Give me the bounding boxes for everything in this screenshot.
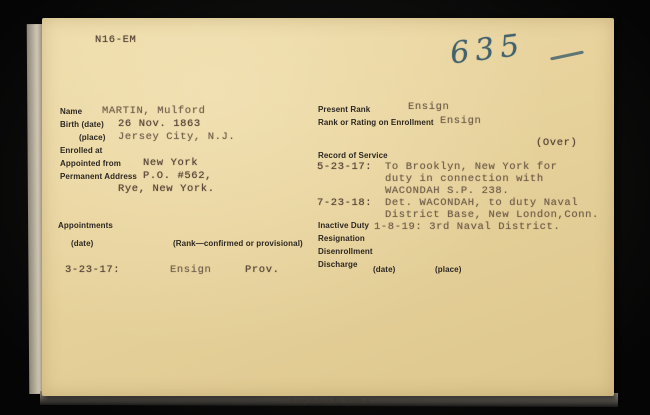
- rank-on-enrollment-label: Rank or Rating on Enrollment: [318, 118, 434, 127]
- service-entry-date: 7-23-18:: [317, 197, 372, 209]
- service-entry-date: 5-23-17:: [317, 161, 372, 173]
- service-entry-line: Det. WACONDAH, to duty Naval: [385, 197, 578, 209]
- appointment-entry-type: Prov.: [245, 264, 280, 276]
- discharge-place-label: (place): [435, 265, 462, 274]
- library-bureau-form-number: Library Bureau 9S-1533A -A: [42, 399, 614, 405]
- service-entry-line: duty in connection with: [385, 173, 544, 185]
- appointments-rank-label: (Rank—confirmed or provisional): [173, 239, 303, 248]
- birth-place-value: Jersey City, N.J.: [118, 131, 235, 143]
- service-entry-line: WACONDAH S.P. 238.: [385, 185, 509, 197]
- handwritten-number: 635: [448, 28, 527, 72]
- disenrollment-label: Disenrollment: [318, 247, 373, 256]
- birth-date-value: 26 Nov. 1863: [118, 118, 201, 130]
- appointed-from-label: Appointed from: [60, 159, 121, 168]
- appointment-entry-rank: Ensign: [170, 264, 211, 276]
- handwritten-underline: [550, 50, 584, 60]
- over-note: (Over): [536, 137, 577, 149]
- discharge-date-label: (date): [373, 265, 395, 274]
- appointments-heading: Appointments: [58, 221, 113, 230]
- inactive-duty-value: 1-8-19: 3rd Naval District.: [374, 221, 560, 233]
- resignation-label: Resignation: [318, 234, 365, 243]
- enrolled-at-label: Enrolled at: [60, 146, 102, 155]
- permanent-address-value-line1: P.O. #562,: [143, 170, 212, 182]
- rank-on-enrollment-value: Ensign: [440, 115, 481, 127]
- birth-place-label: (place): [79, 133, 106, 142]
- present-rank-label: Present Rank: [318, 105, 370, 114]
- present-rank-value: Ensign: [408, 101, 449, 113]
- discharge-label: Discharge: [318, 260, 358, 269]
- permanent-address-value-line2: Rye, New York.: [118, 183, 215, 195]
- service-record-card: N16-EM 635 Name Birth (date) (place) Enr…: [42, 18, 614, 396]
- name-label: Name: [60, 107, 82, 116]
- permanent-address-label: Permanent Address: [60, 172, 137, 181]
- record-of-service-label: Record of Service: [318, 151, 388, 160]
- birth-date-label: Birth (date): [60, 120, 104, 129]
- service-entry-line: To Brooklyn, New York for: [385, 161, 558, 173]
- appointed-from-value: New York: [143, 157, 198, 169]
- appointment-entry-date: 3-23-17:: [65, 264, 120, 276]
- name-value: MARTIN, Mulford: [102, 105, 206, 117]
- appointments-date-label: (date): [71, 239, 93, 248]
- service-entry-line: District Base, New London,Conn.: [385, 209, 599, 221]
- file-code-stamp: N16-EM: [95, 34, 136, 46]
- inactive-duty-label: Inactive Duty: [318, 221, 369, 230]
